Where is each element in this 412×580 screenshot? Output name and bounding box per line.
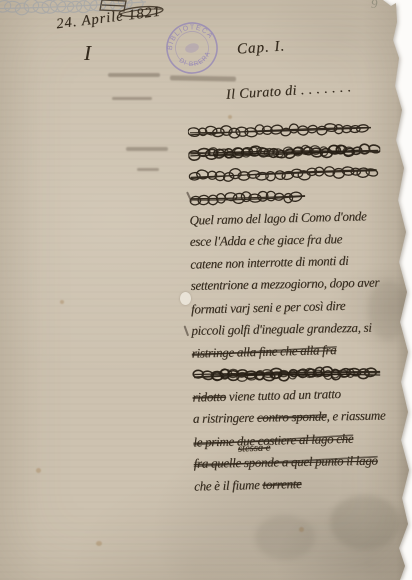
manuscript-text: che è il fiume [194, 477, 263, 494]
paper-flaw-spot [180, 292, 191, 305]
scribble-strokes [189, 185, 307, 207]
ink-smudge [112, 97, 152, 100]
struck-text: le prime due costiere al lago che [193, 430, 353, 449]
section-numeral: I [84, 41, 91, 66]
foxing-spot [36, 468, 41, 473]
manuscript-line: che è il fiume torrente [194, 470, 409, 497]
ink-smudge [137, 168, 159, 171]
scribble-strokes [188, 161, 378, 186]
manuscript-page: 24. Aprile 1821 I Cap. I. Il Curato di .… [0, 0, 412, 580]
struck-text: ridotto [192, 389, 226, 405]
manuscript-text: viene tutto ad un tratto [226, 386, 341, 404]
scribble-strokes [207, 140, 361, 163]
library-stamp: BIBLIOTECA DI BRERA [156, 12, 228, 84]
stain-smudge [330, 495, 400, 550]
manuscript-text: settentrione a mezzogiorno, dopo aver [190, 275, 379, 293]
manuscript-text: a ristringere [193, 410, 257, 426]
manuscript-text: Quel ramo del lago di Como d'onde [189, 208, 366, 227]
manuscript-text: formati varj seni e per così dire [191, 297, 346, 316]
manuscript-text: piccoli golfi d'ineguale grandezza, si [191, 319, 371, 337]
interlinear-insertion: stessa è [238, 442, 271, 454]
page-number: 9 [371, 0, 378, 12]
struck-text: torrente [262, 476, 301, 492]
foxing-spot [228, 115, 232, 119]
struck-text: fra quelle sponde a quel punto il lago [194, 452, 378, 470]
ink-smudge [108, 73, 160, 77]
manuscript-scan: 24. Aprile 1821 I Cap. I. Il Curato di .… [0, 0, 412, 580]
manuscript-line: le prime due costiere al lago che [193, 426, 408, 453]
chapter-subtitle: Il Curato di . . . . . . . [226, 80, 352, 104]
margin-tick [184, 325, 189, 336]
scribble-strokes [211, 362, 363, 385]
deckled-edge-shade [396, 0, 412, 580]
ink-smudge [126, 147, 168, 151]
struck-text: ristringe alla fine che alla fra [192, 342, 337, 361]
stain-smudge [255, 515, 315, 560]
foxing-spot [60, 300, 64, 304]
struck-text: contro sponde [257, 409, 327, 425]
manuscript-text: catene non interrotte di monti di [190, 253, 349, 272]
foxing-spot [96, 541, 102, 546]
stamp-center-emblem [184, 42, 200, 55]
svg-text:DI BRERA: DI BRERA [176, 49, 214, 73]
chapter-heading: Cap. I. [236, 38, 285, 58]
paper-wrapper: 24. Aprile 1821 I Cap. I. Il Curato di .… [0, 0, 412, 580]
manuscript-text: esce l'Adda e che giace fra due [190, 231, 343, 249]
scribble-strokes [188, 117, 373, 142]
manuscript-text: , e riassume [326, 408, 385, 424]
stamp-text-bottom: DI BRERA [176, 49, 214, 73]
